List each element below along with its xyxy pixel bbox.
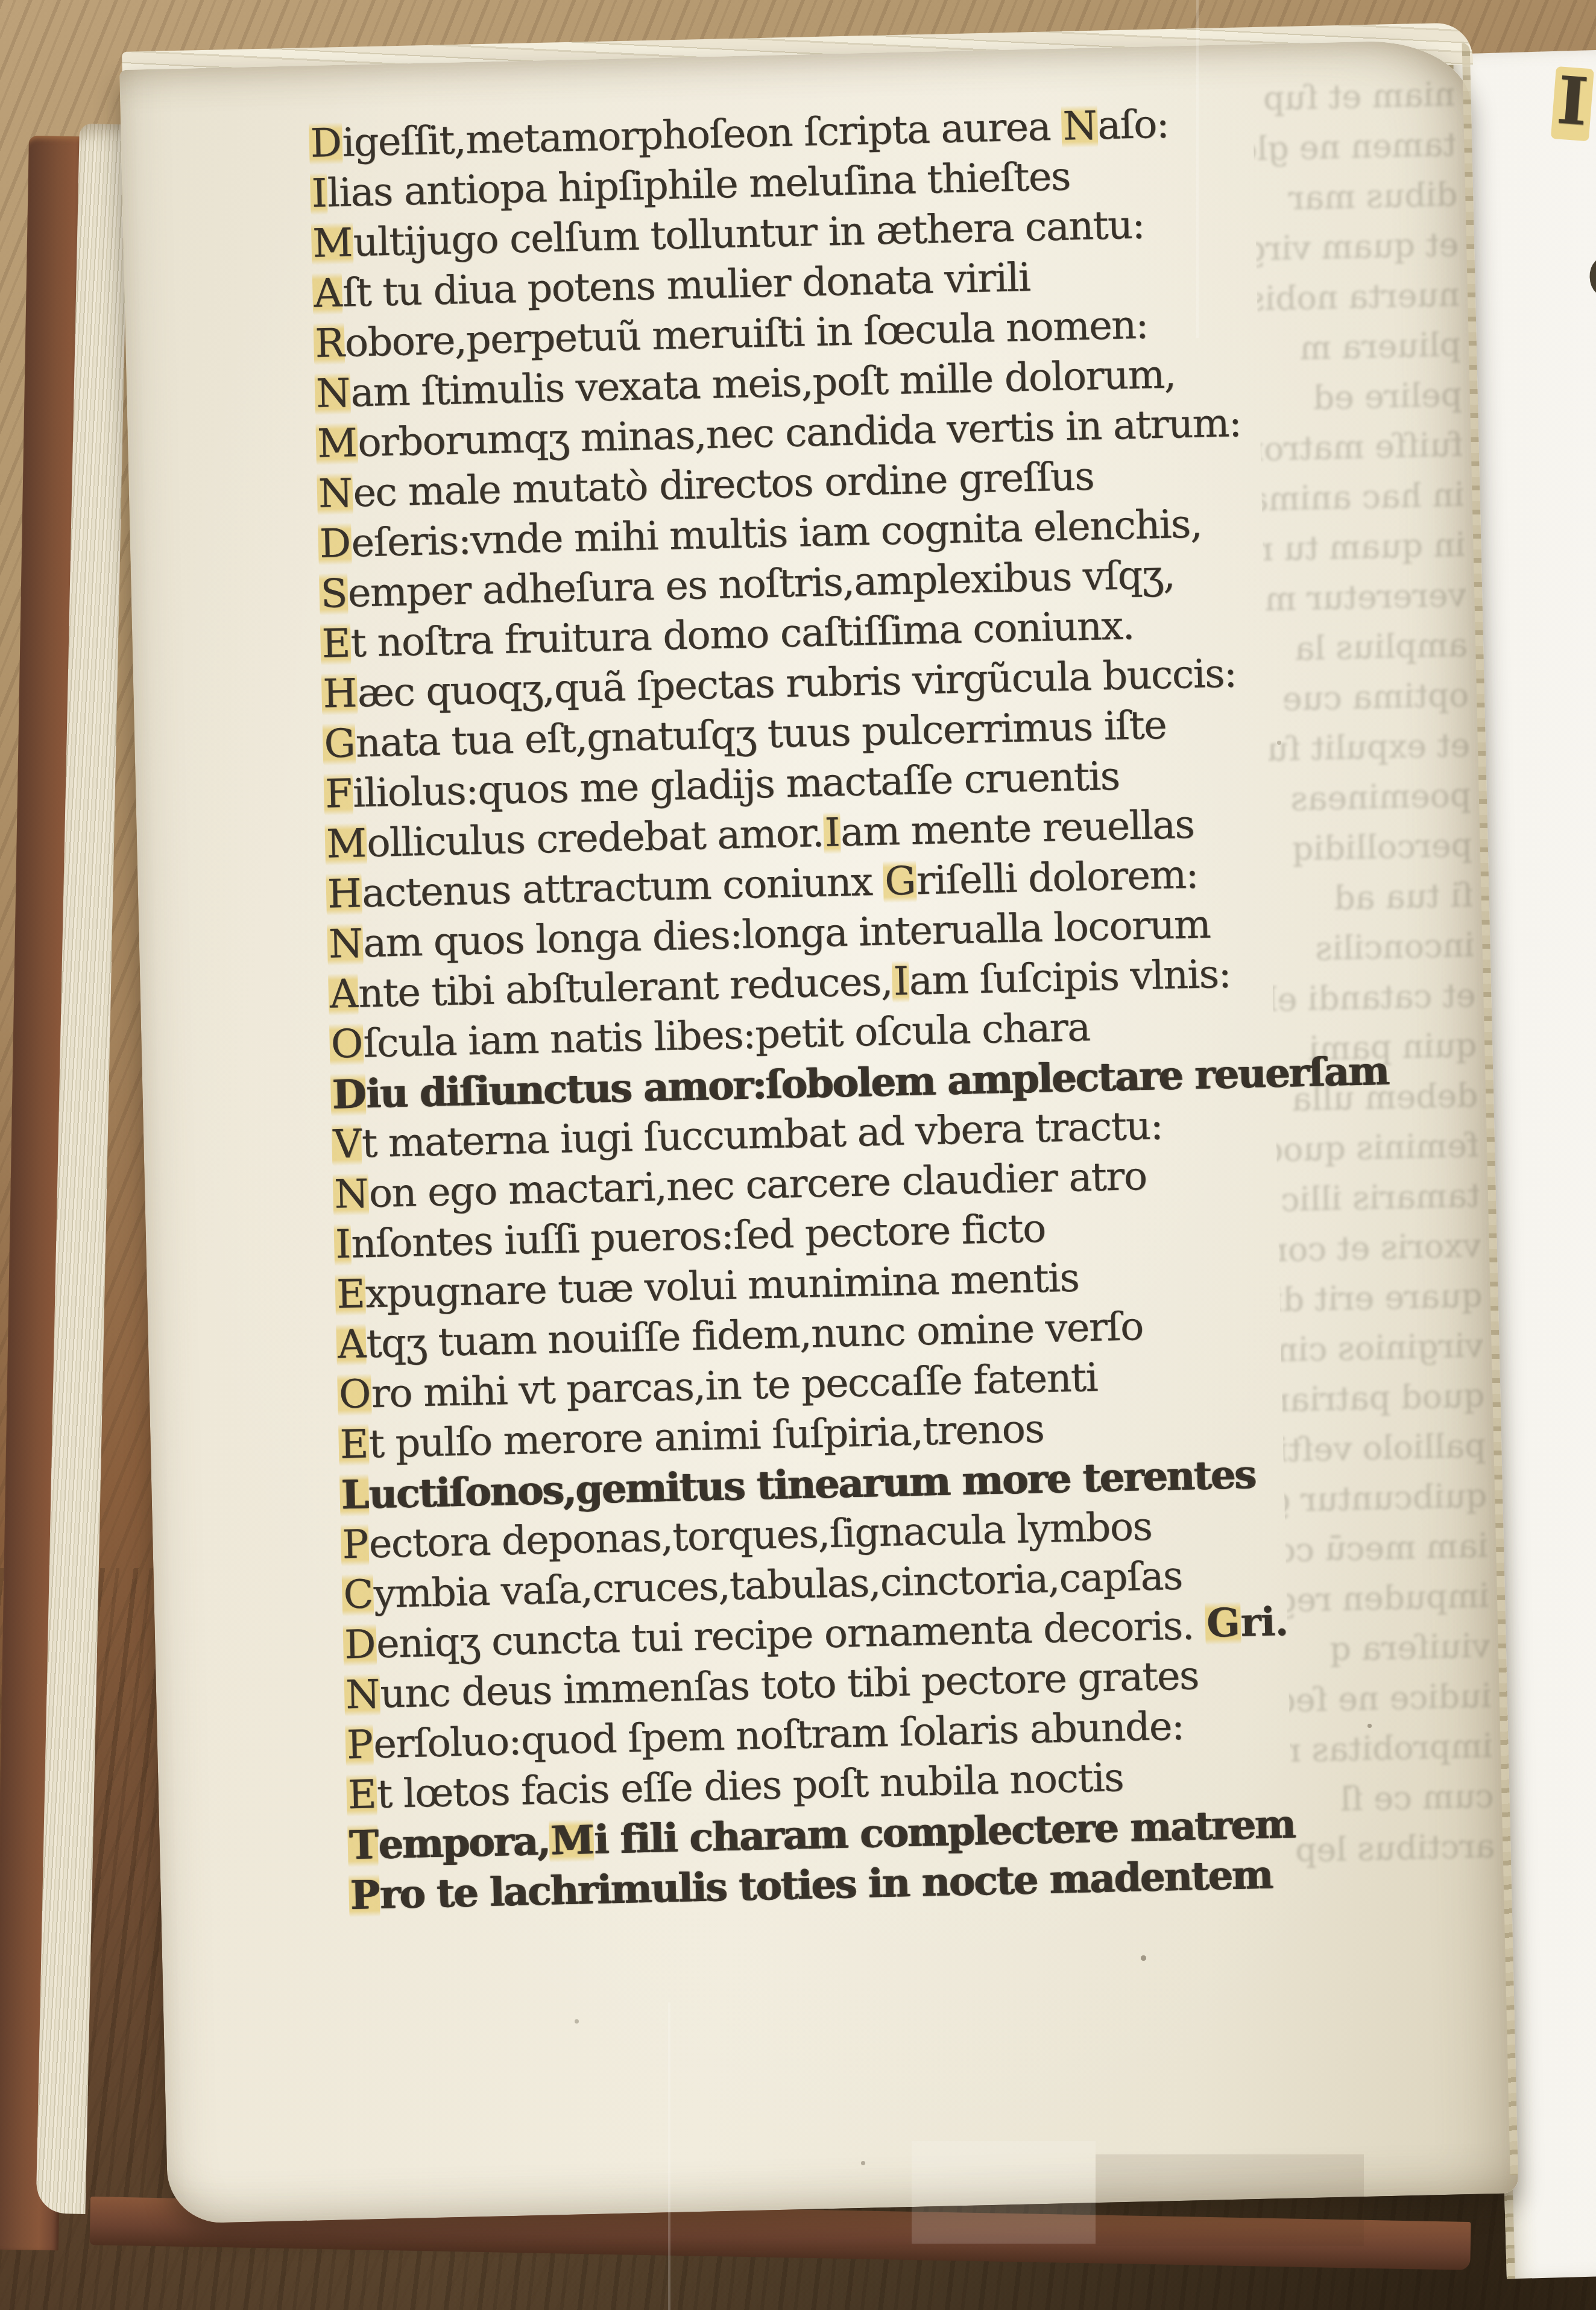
rubricated-initial: N [344,1672,380,1718]
rubricated-initial: R [314,321,345,367]
rubricated-initial: F [323,771,353,817]
rubricated-initial: N [327,921,364,967]
line-text: am mente reuellas [840,802,1194,855]
rubricated-initial: D [318,521,352,566]
rubricated-initial: G [1205,1600,1241,1646]
yellow-wash: I [1551,66,1594,141]
line-text: empora, [377,1818,550,1868]
rubricated-initial: D [309,121,342,166]
rubricated-initial: D [330,1071,367,1118]
rubricated-initial: A [328,971,359,1017]
rubricated-initial: P [349,1872,380,1919]
rubricated-initial: E [338,1422,370,1467]
rubricated-initial: A [312,271,343,317]
line-text: ri. [1240,1599,1288,1646]
rubricated-initial: H [326,871,362,917]
rubricated-initial: V [332,1121,362,1167]
catchword: Gri. [1205,1599,1288,1647]
line-text: olliculus credebat amor. [366,811,824,866]
rubricated-initial: L [339,1472,369,1518]
rubricated-initial: O [329,1021,364,1067]
rubricated-initial: P [341,1522,370,1568]
line-text: am ſuſcipis vlnis: [909,952,1231,1004]
rubricated-initial: N [314,370,351,416]
rubricated-initial: M [315,420,358,467]
rubricated-initial: E [320,621,352,667]
line-text: riſelli dolorem: [916,852,1199,904]
rubricated-initial: T [347,1822,379,1869]
rubricated-initial: G [323,721,356,767]
paper-specks [0,0,2,2]
rubricated-initial: S [319,571,349,617]
rubricated-initial: N [1061,103,1098,149]
rubricated-initial: C [342,1572,374,1618]
book-photo: { "colors": { "ink": "#38322a", "rubrica… [0,0,1596,2310]
rubricated-initial: A [336,1321,367,1367]
rubricated-initial: M [324,821,367,867]
rubricated-initial: I [892,959,910,1005]
rubricated-initial: O [337,1372,371,1417]
page-text-block: Digeſſit,metamorphoſeon ſcripta aurea Na… [309,97,1398,1923]
rubricated-initial: E [346,1772,377,1818]
rubricated-initial: H [321,671,358,717]
rubricated-initial: D [342,1622,376,1668]
rubricated-initial: P [345,1722,374,1768]
rubricated-initial: M [549,1817,595,1864]
left-page: niam et ſuptamen ne glesdibus maret quam… [119,39,1518,2224]
rubricated-initial: I [333,1222,352,1268]
rubricated-initial: N [333,1171,370,1217]
rubricated-initial: I [310,171,328,217]
next-leaf-rubricated-initial: I [1553,67,1592,141]
rubricated-initial: M [311,220,354,267]
next-leaf-partial-letter: C [1586,248,1596,307]
line-text: aſo: [1097,102,1169,149]
rubricated-initial: E [335,1271,366,1317]
rubricated-initial: N [317,470,353,516]
rubricated-initial: I [823,810,841,856]
rubricated-initial: G [883,858,916,904]
